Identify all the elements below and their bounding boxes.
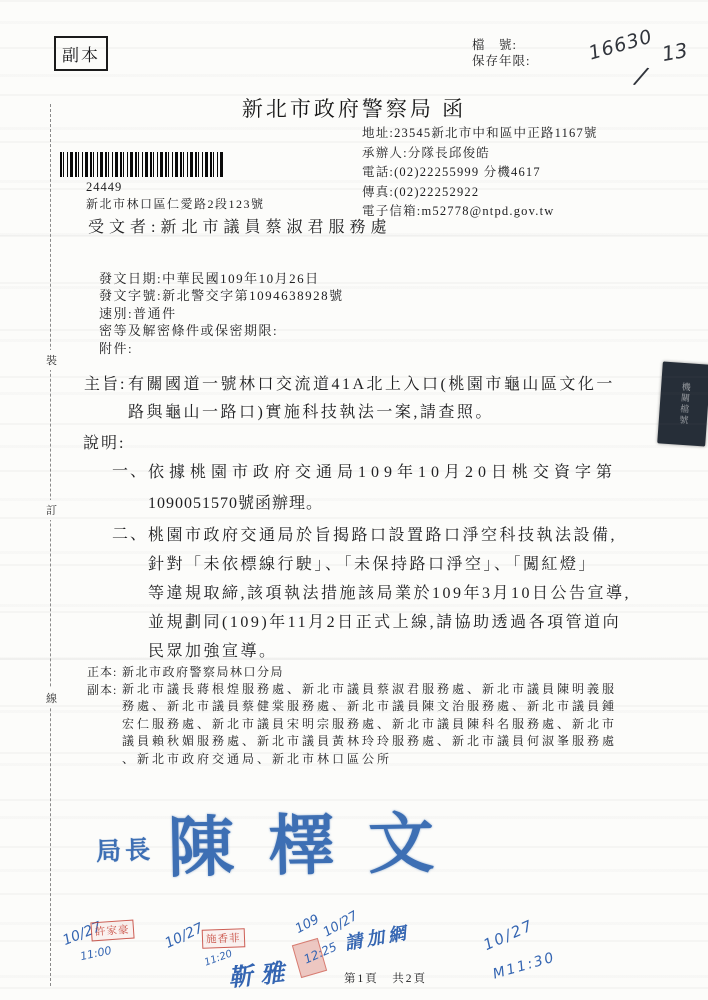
recipient-street-address: 新北市林口區仁愛路2段123號 <box>86 195 265 212</box>
document-meta-block: 發文日期:中華民國109年10月26日發文字號:新北警交字第1094638928… <box>99 270 344 357</box>
text-line: 等違規取締,該項執法措施該局業於109年3月10日公告宣導, <box>148 579 631 608</box>
signer-title-stamp: 局長 <box>95 830 154 868</box>
item-1-text: 依據桃園市政府交通局109年10月20日桃交資字第1090051570號函辦理。 <box>148 458 617 519</box>
retention-label: 保存年限: <box>472 53 530 69</box>
note1-time-handwriting: 11:00 <box>79 944 113 963</box>
item-2-text: 桃園市政府交通局於旨揭路口設置路口淨空科技執法設備,針對「未依標線行駛」、「未保… <box>148 521 631 666</box>
text-line: 有關國道一號林口交流道41A北上入口(桃園市龜山區文化一 <box>128 371 615 399</box>
archive-seal-text: 機關檔號 <box>676 382 692 427</box>
handwritten-file-number: 16630 <box>586 25 655 64</box>
original-recipient: 新北市政府警察局林口分局 <box>122 663 284 680</box>
note2-date-handwriting: 10/27 <box>163 920 206 952</box>
item-2-number: 二、 <box>112 521 148 544</box>
text-line: 地址:23545新北市中和區中正路1167號 <box>362 124 598 144</box>
note2-signature-handwriting: 靳雅 <box>226 952 293 993</box>
binding-mark-xian: 線 <box>44 688 59 708</box>
text-line: 新北市議長蔣根煌服務處、新北市議員蔡淑君服務處、新北市議員陳明義服 <box>122 681 662 698</box>
copy-stamp-box: 副本 <box>54 36 108 71</box>
description-label: 說明: <box>83 430 125 453</box>
text-line: 路與龜山一路口)實施科技執法一案,請查照。 <box>128 399 615 427</box>
text-line: 依據桃園市政府交通局109年10月20日桃交資字第 <box>148 458 617 489</box>
handwritten-slash: / <box>634 61 649 90</box>
text-line: 針對「未依標線行駛」、「未保持路口淨空」、「闖紅燈」 <box>148 550 631 579</box>
file-number-label: 檔 號: <box>472 37 530 53</box>
text-line: 議員賴秋媚服務處、新北市議員黃林玲玲服務處、新北市議員何淑峯服務處 <box>122 733 662 750</box>
text-line: 速別:普通件 <box>99 305 344 322</box>
binding-mark-zhuang: 裝 <box>44 350 59 370</box>
text-line: 附件: <box>99 340 344 357</box>
text-line: 發文日期:中華民國109年10月26日 <box>99 270 344 287</box>
signer-name-stamp: 陳檡文 <box>167 789 469 889</box>
text-line: 桃園市政府交通局於旨揭路口設置路口淨空科技執法設備, <box>148 521 631 550</box>
agency-contact-block: 地址:23545新北市中和區中正路1167號承辦人:分隊長邱俊皓電話:(02)2… <box>362 124 598 222</box>
binding-mark-ding: 訂 <box>44 500 59 520</box>
text-line: 並規劃同(109)年11月2日正式上線,請協助透過各項管道向 <box>148 608 631 637</box>
subject-text: 有關國道一號林口交流道41A北上入口(桃園市龜山區文化一路與龜山一路口)實施科技… <box>128 371 615 426</box>
copy-recipients-label: 副本: <box>87 681 117 698</box>
barcode <box>60 152 224 177</box>
text-line: 、新北市政府交通局、新北市林口區公所 <box>122 751 662 768</box>
document-title: 新北市政府警察局 函 <box>204 93 504 123</box>
note2-name-stamp: 施香菲 <box>202 928 245 948</box>
text-line: 傳真:(02)22252922 <box>362 183 598 203</box>
text-line: 宏仁服務處、新北市議員宋明宗服務處、新北市議員陳科名服務處、新北市 <box>122 716 662 733</box>
scanned-official-letter: 裝 訂 線 副本 檔 號: 保存年限: 16630 / 13 新北市政府警察局 … <box>0 0 708 1000</box>
note1-name-stamp: 許家豪 <box>90 920 134 942</box>
handwritten-sub-number: 13 <box>660 38 689 66</box>
text-line: 電子信箱:m52778@ntpd.gov.tw <box>362 202 598 222</box>
text-line: 承辦人:分隊長邱俊皓 <box>362 144 598 164</box>
note3-year-handwriting: 109 <box>293 912 322 937</box>
note4-date-handwriting: 10/27 <box>481 916 537 954</box>
item-1-number: 一、 <box>112 458 148 481</box>
page-number-footer: 第1頁 共2頁 <box>344 970 427 986</box>
recipient-line: 受文者:新北市議員蔡淑君服務處 <box>88 214 391 237</box>
text-line: 民眾加強宣導。 <box>148 637 631 666</box>
file-number-labels: 檔 號: 保存年限: <box>472 37 530 69</box>
text-line: 1090051570號函辦理。 <box>148 489 617 520</box>
text-line: 電話:(02)22255999 分機4617 <box>362 163 598 183</box>
original-recipient-label: 正本: <box>87 663 117 680</box>
note4-time-handwriting: M11:30 <box>491 949 557 982</box>
subject-label: 主旨: <box>84 371 126 394</box>
text-line: 密等及解密條件或保密期限: <box>99 322 344 339</box>
binding-dashed-line <box>50 104 51 986</box>
archive-seal-stamp: 機關檔號 <box>657 361 708 446</box>
copy-recipients-list: 新北市議長蔣根煌服務處、新北市議員蔡淑君服務處、新北市議員陳明義服務處、新北市議… <box>122 681 662 768</box>
text-line: 發文字號:新北警交字第1094638928號 <box>99 287 344 304</box>
barcode-number: 24449 <box>86 180 122 195</box>
text-line: 務處、新北市議員蔡健棠服務處、新北市議員陳文治服務處、新北市議員鍾 <box>122 698 662 715</box>
